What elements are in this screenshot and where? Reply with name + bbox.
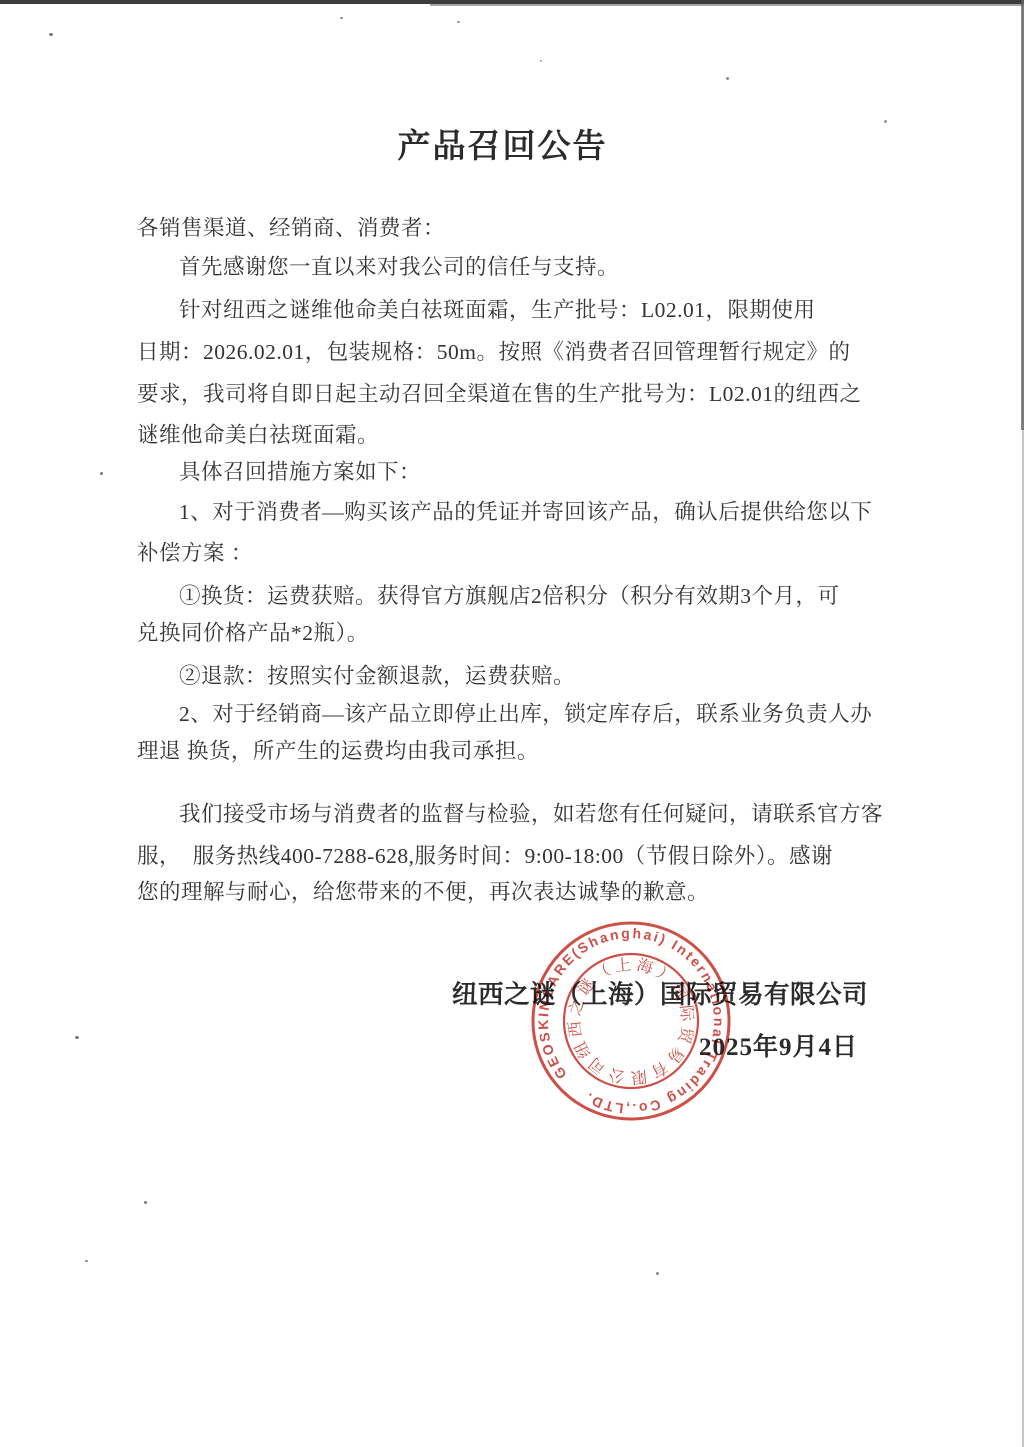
document-line-measures: 具体召回措施方案如下： <box>179 455 421 486</box>
stamp-graphic: GEOSKINCARE(Shanghai) International Trad… <box>521 911 741 1131</box>
scan-speck <box>144 1201 147 1204</box>
document-line-product-1: 针对纽西之谜维他命美白祛斑面霜，生产批号：L02.01，限期使用 <box>179 293 816 324</box>
scan-speck <box>75 1036 79 1039</box>
document-line-consumer-2: 补偿方案 ： <box>137 536 253 567</box>
scan-speck <box>457 21 460 23</box>
stamp-english-text: GEOSKINCARE(Shanghai) International Trad… <box>521 911 741 1131</box>
stamp-outer-circle <box>521 911 741 1131</box>
document-line-dealer-1: 2、对于经销商—该产品立即停止出库，锁定库存后，联系业务负责人办 <box>179 697 872 728</box>
document-line-consumer-1: 1、对于消费者—购买该产品的凭证并寄回该产品，确认后提供给您以下 <box>179 495 872 526</box>
document-line-closing-3: 您的理解与耐心，给您带来的不便，再次表达诚挚的歉意。 <box>137 875 709 906</box>
document-line-product-3: 要求，我司将自即日起主动召回全渠道在售的生产批号为：L02.01的纽西之 <box>137 377 862 408</box>
scan-speck <box>656 1272 659 1275</box>
document-line-option2: ②退款：按照实付金额退款，运费获赔。 <box>179 659 575 690</box>
document-line-closing-2: 服， 服务热线400-7288-628,服务时间：9:00-18:00（节假日除… <box>137 839 833 870</box>
scan-speck <box>85 1260 88 1262</box>
scan-speck <box>340 17 343 19</box>
document-line-dealer-2: 理退 换货，所产生的运费均由我司承担。 <box>137 734 539 765</box>
document-line-salutation: 各销售渠道、经销商、消费者： <box>137 211 445 242</box>
document-line-option1-1: ①换货：运费获赔。获得官方旗舰店2倍积分（积分有效期3个月，可 <box>179 579 840 610</box>
scan-speck <box>49 33 53 36</box>
document-line-thanks: 首先感谢您一直以来对我公司的信任与支持。 <box>179 250 619 281</box>
scan-edge-top-shadow <box>430 4 1024 6</box>
scan-speck <box>726 77 729 80</box>
document-line-product-4: 谜维他命美白祛斑面霜。 <box>137 418 379 449</box>
scan-speck <box>540 60 542 62</box>
scan-speck <box>884 120 887 123</box>
document-title: 产品召回公告 <box>135 120 870 167</box>
company-seal-stamp: GEOSKINCARE(Shanghai) International Trad… <box>521 911 741 1131</box>
document-line-product-2: 日期：2026.02.01，包装规格：50m。按照《消费者召回管理暂行规定》的 <box>137 335 850 366</box>
scan-speck <box>100 472 103 475</box>
document-line-option1-2: 兑换同价格产品*2瓶）。 <box>137 616 369 647</box>
document-line-closing-1: 我们接受市场与消费者的监督与检验，如若您有任何疑问，请联系官方客 <box>179 797 883 828</box>
